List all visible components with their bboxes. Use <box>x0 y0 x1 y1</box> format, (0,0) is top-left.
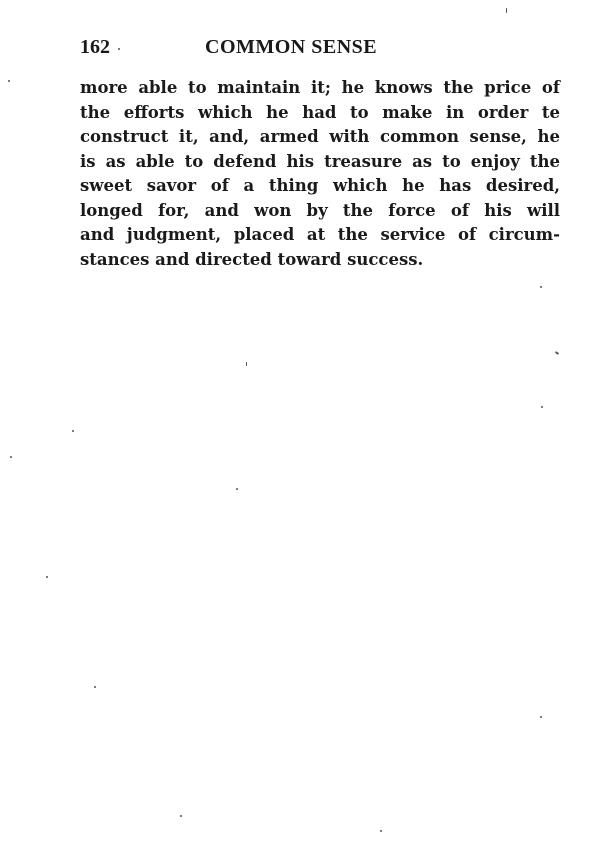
scan-speck <box>506 8 507 13</box>
scan-speck <box>72 430 74 432</box>
page-number: 162 <box>80 36 110 59</box>
scan-speck <box>46 576 48 578</box>
scan-speck <box>541 406 543 408</box>
body-paragraph: more able to maintain it; he knows the p… <box>80 76 560 272</box>
text-line: construct it, and, armed with common sen… <box>80 125 560 150</box>
text-line: stances and directed toward success. <box>80 248 560 273</box>
text-line: and judgment, placed at the service of c… <box>80 223 560 248</box>
text-line: is as able to defend his treasure as to … <box>80 150 560 175</box>
running-title: COMMON SENSE <box>205 36 377 59</box>
text-line: sweet savor of a thing which he has desi… <box>80 174 560 199</box>
text-line: more able to maintain it; he knows the p… <box>80 76 560 101</box>
text-line: the efforts which he had to make in orde… <box>80 101 560 126</box>
scan-speck <box>380 830 382 832</box>
scan-speck <box>180 815 182 817</box>
scan-speck <box>540 716 542 718</box>
book-page: 162 COMMON SENSE more able to maintain i… <box>0 0 600 850</box>
scan-speck <box>555 351 559 355</box>
scan-speck <box>10 456 12 458</box>
scan-speck <box>540 286 542 288</box>
scan-speck <box>8 80 10 82</box>
text-line: longed for, and won by the force of his … <box>80 199 560 224</box>
scan-speck <box>236 488 238 490</box>
scan-speck <box>246 362 247 366</box>
scan-speck <box>94 686 96 688</box>
scan-speck <box>118 48 120 50</box>
page-header: 162 COMMON SENSE <box>80 36 560 60</box>
